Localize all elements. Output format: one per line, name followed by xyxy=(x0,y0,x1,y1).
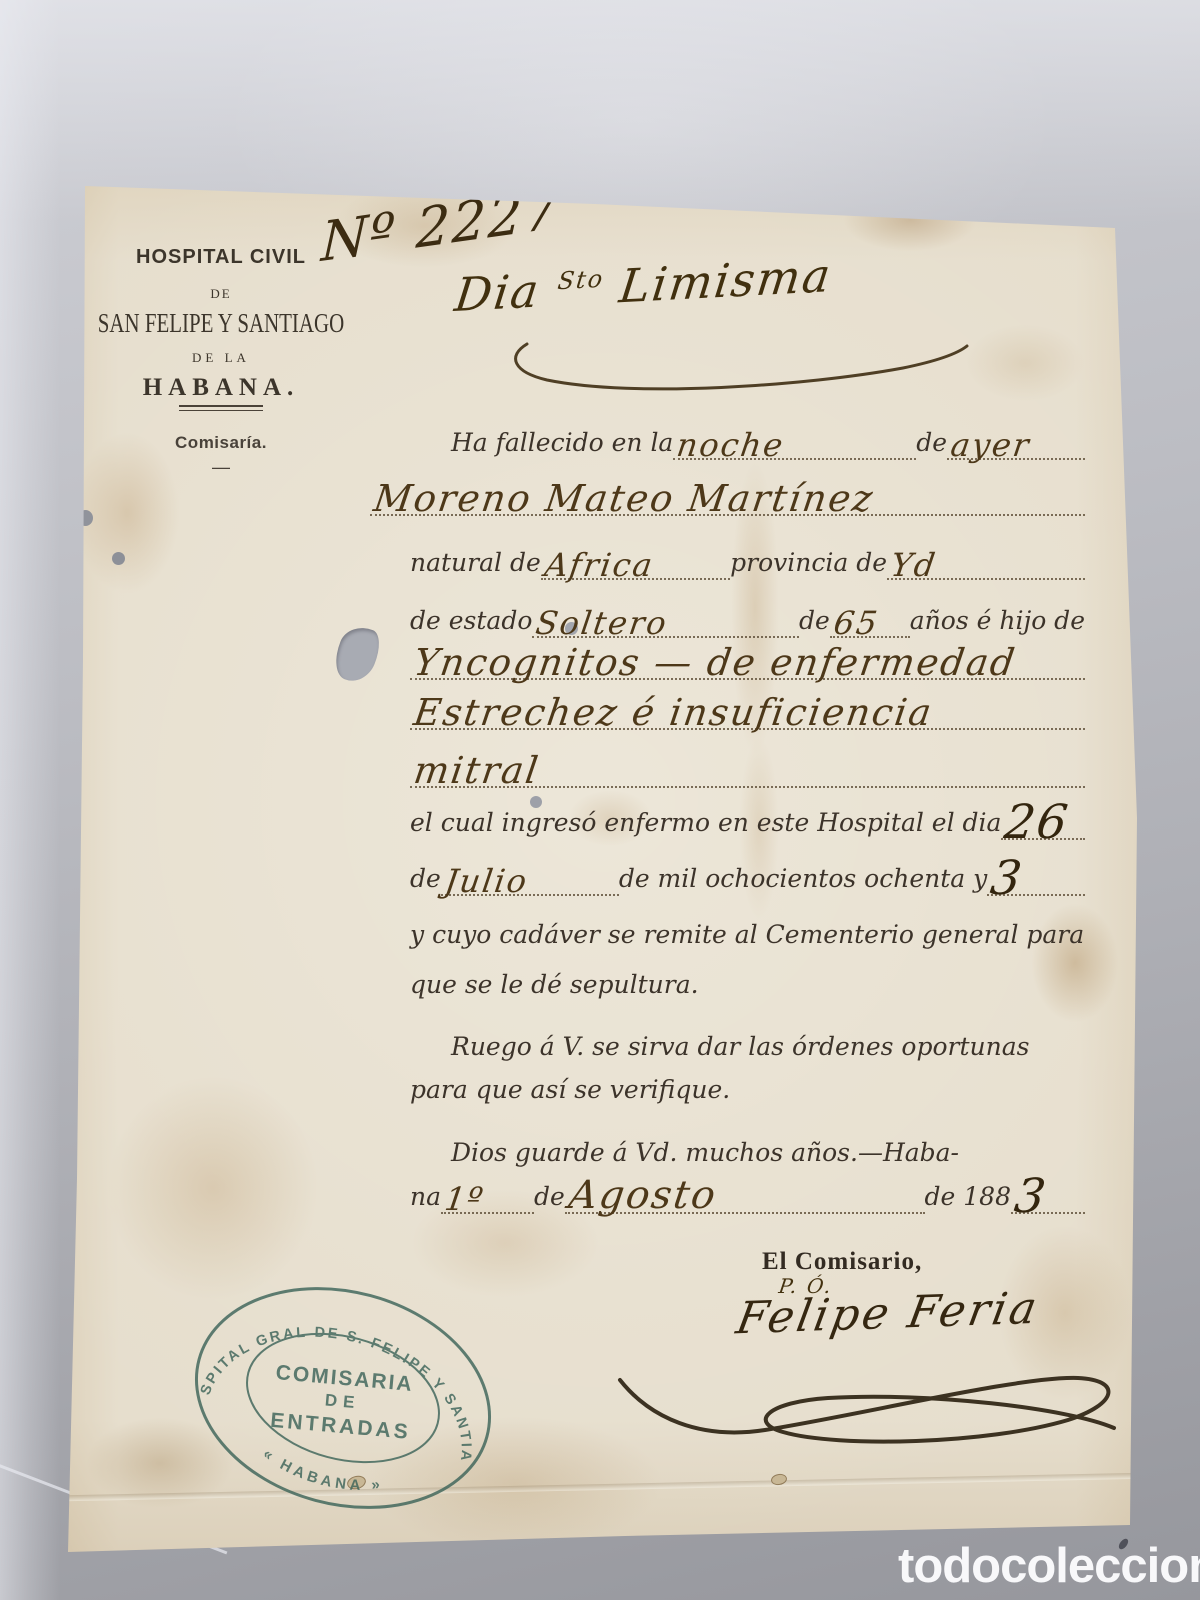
printed-text: de mil ochocientos ochenta y xyxy=(619,864,987,896)
letterhead-san-felipe: SAN FELIPE Y SANTIAGO xyxy=(82,307,359,340)
fill-admission-month: Julio xyxy=(441,866,619,896)
ward-word2: Limisma xyxy=(617,248,836,314)
fill-birthplace: Africa xyxy=(541,550,730,580)
stamp-center-line3: ENTRADAS xyxy=(269,1409,411,1444)
printed-text: de xyxy=(410,864,441,896)
punch-hole xyxy=(112,552,125,565)
ward-word1: Dia xyxy=(452,263,544,322)
ward-superscript: Sto xyxy=(556,265,606,296)
fill-deceased-name: Moreno Mateo Martínez xyxy=(370,482,1085,516)
letterhead-de-la: DE LA xyxy=(75,350,367,366)
printed-text: que se le dé sepultura. xyxy=(410,970,699,1002)
fill-time-of-death: noche xyxy=(673,430,916,460)
stamp-arc-bottom-text: « HABANA » xyxy=(256,1444,388,1505)
form-line-5: Yncognitos — de enfermedad xyxy=(410,630,1085,680)
printed-text: para que así se verifique. xyxy=(410,1075,730,1107)
letterhead-comisaria: Comisaría. xyxy=(75,433,367,453)
letterhead: HOSPITAL CIVIL DE SAN FELIPE Y SANTIAGO … xyxy=(75,246,367,478)
letterhead-habana: HABANA. xyxy=(75,374,367,402)
letterhead-de: DE xyxy=(75,286,367,302)
fill-admission-year: 3 xyxy=(987,860,1085,896)
svg-text:« HABANA »: « HABANA » xyxy=(256,1444,388,1505)
fill-day-of-death: ayer xyxy=(947,430,1085,460)
stamp-center-line1: COMISARIA xyxy=(275,1361,415,1396)
form-line-9: de Julio de mil ochocientos ochenta y 3 xyxy=(410,846,1085,896)
fill-illness-1: Estrechez é insuficiencia xyxy=(410,696,1085,730)
fill-illness-2: mitral xyxy=(410,754,1085,788)
printed-text: provincia de xyxy=(730,548,887,580)
fill-date-year: 3 xyxy=(1011,1178,1085,1214)
printed-text: y cuyo cadáver se remite al Cementerio g… xyxy=(410,920,1084,952)
form-line-1: Ha fallecido en la noche de ayer xyxy=(451,410,1085,460)
form-line-10: y cuyo cadáver se remite al Cementerio g… xyxy=(410,902,1084,952)
printed-text: na xyxy=(410,1182,441,1214)
letterhead-double-rule xyxy=(179,405,263,411)
printed-text: de xyxy=(534,1182,565,1214)
signature-title: El Comisario, xyxy=(762,1248,922,1276)
punch-hole xyxy=(78,510,93,526)
printed-text: de 188 xyxy=(925,1182,1011,1214)
stamp-center-line2: DE xyxy=(324,1390,361,1412)
form-line-11: que se le dé sepultura. xyxy=(410,952,699,1002)
form-line-8: el cual ingresó enfermo en este Hospital… xyxy=(410,790,1085,840)
signature-name: Felipe Feria xyxy=(733,1283,1044,1345)
printed-text: natural de xyxy=(410,548,541,580)
fill-date-day: 1º xyxy=(441,1184,534,1214)
printed-text: el cual ingresó enfermo en este Hospital… xyxy=(410,808,1001,840)
form-line-2: Moreno Mateo Martínez xyxy=(370,466,1085,516)
form-line-6: Estrechez é insuficiencia xyxy=(410,680,1085,730)
fill-province: Yd xyxy=(887,550,1085,580)
form-line-14: Dios guarde á Vd. muchos años.—Haba- xyxy=(451,1120,959,1170)
todocoleccion-watermark: todocoleccion xyxy=(898,1538,1200,1594)
photo-scene: HOSPITAL CIVIL DE SAN FELIPE Y SANTIAGO … xyxy=(0,0,1200,1600)
fill-parents: Yncognitos — de enfermedad xyxy=(410,646,1085,680)
signature-flourish xyxy=(600,1350,1130,1455)
printed-text: de xyxy=(916,428,947,460)
form-line-7: mitral xyxy=(410,738,1085,788)
fill-admission-day: 26 xyxy=(1001,804,1085,840)
ward-underline-flourish xyxy=(505,336,975,398)
printed-text: Ha fallecido en la xyxy=(451,428,673,460)
document-paper: HOSPITAL CIVIL DE SAN FELIPE Y SANTIAGO … xyxy=(65,178,1140,1558)
fill-date-month: Agosto xyxy=(565,1178,925,1214)
form-line-13: para que así se verifique. xyxy=(410,1057,730,1107)
letterhead-dash: — xyxy=(75,457,367,478)
form-line-3: natural de Africa provincia de Yd xyxy=(410,530,1085,580)
form-line-15: na 1º de Agosto de 188 3 xyxy=(410,1164,1085,1214)
